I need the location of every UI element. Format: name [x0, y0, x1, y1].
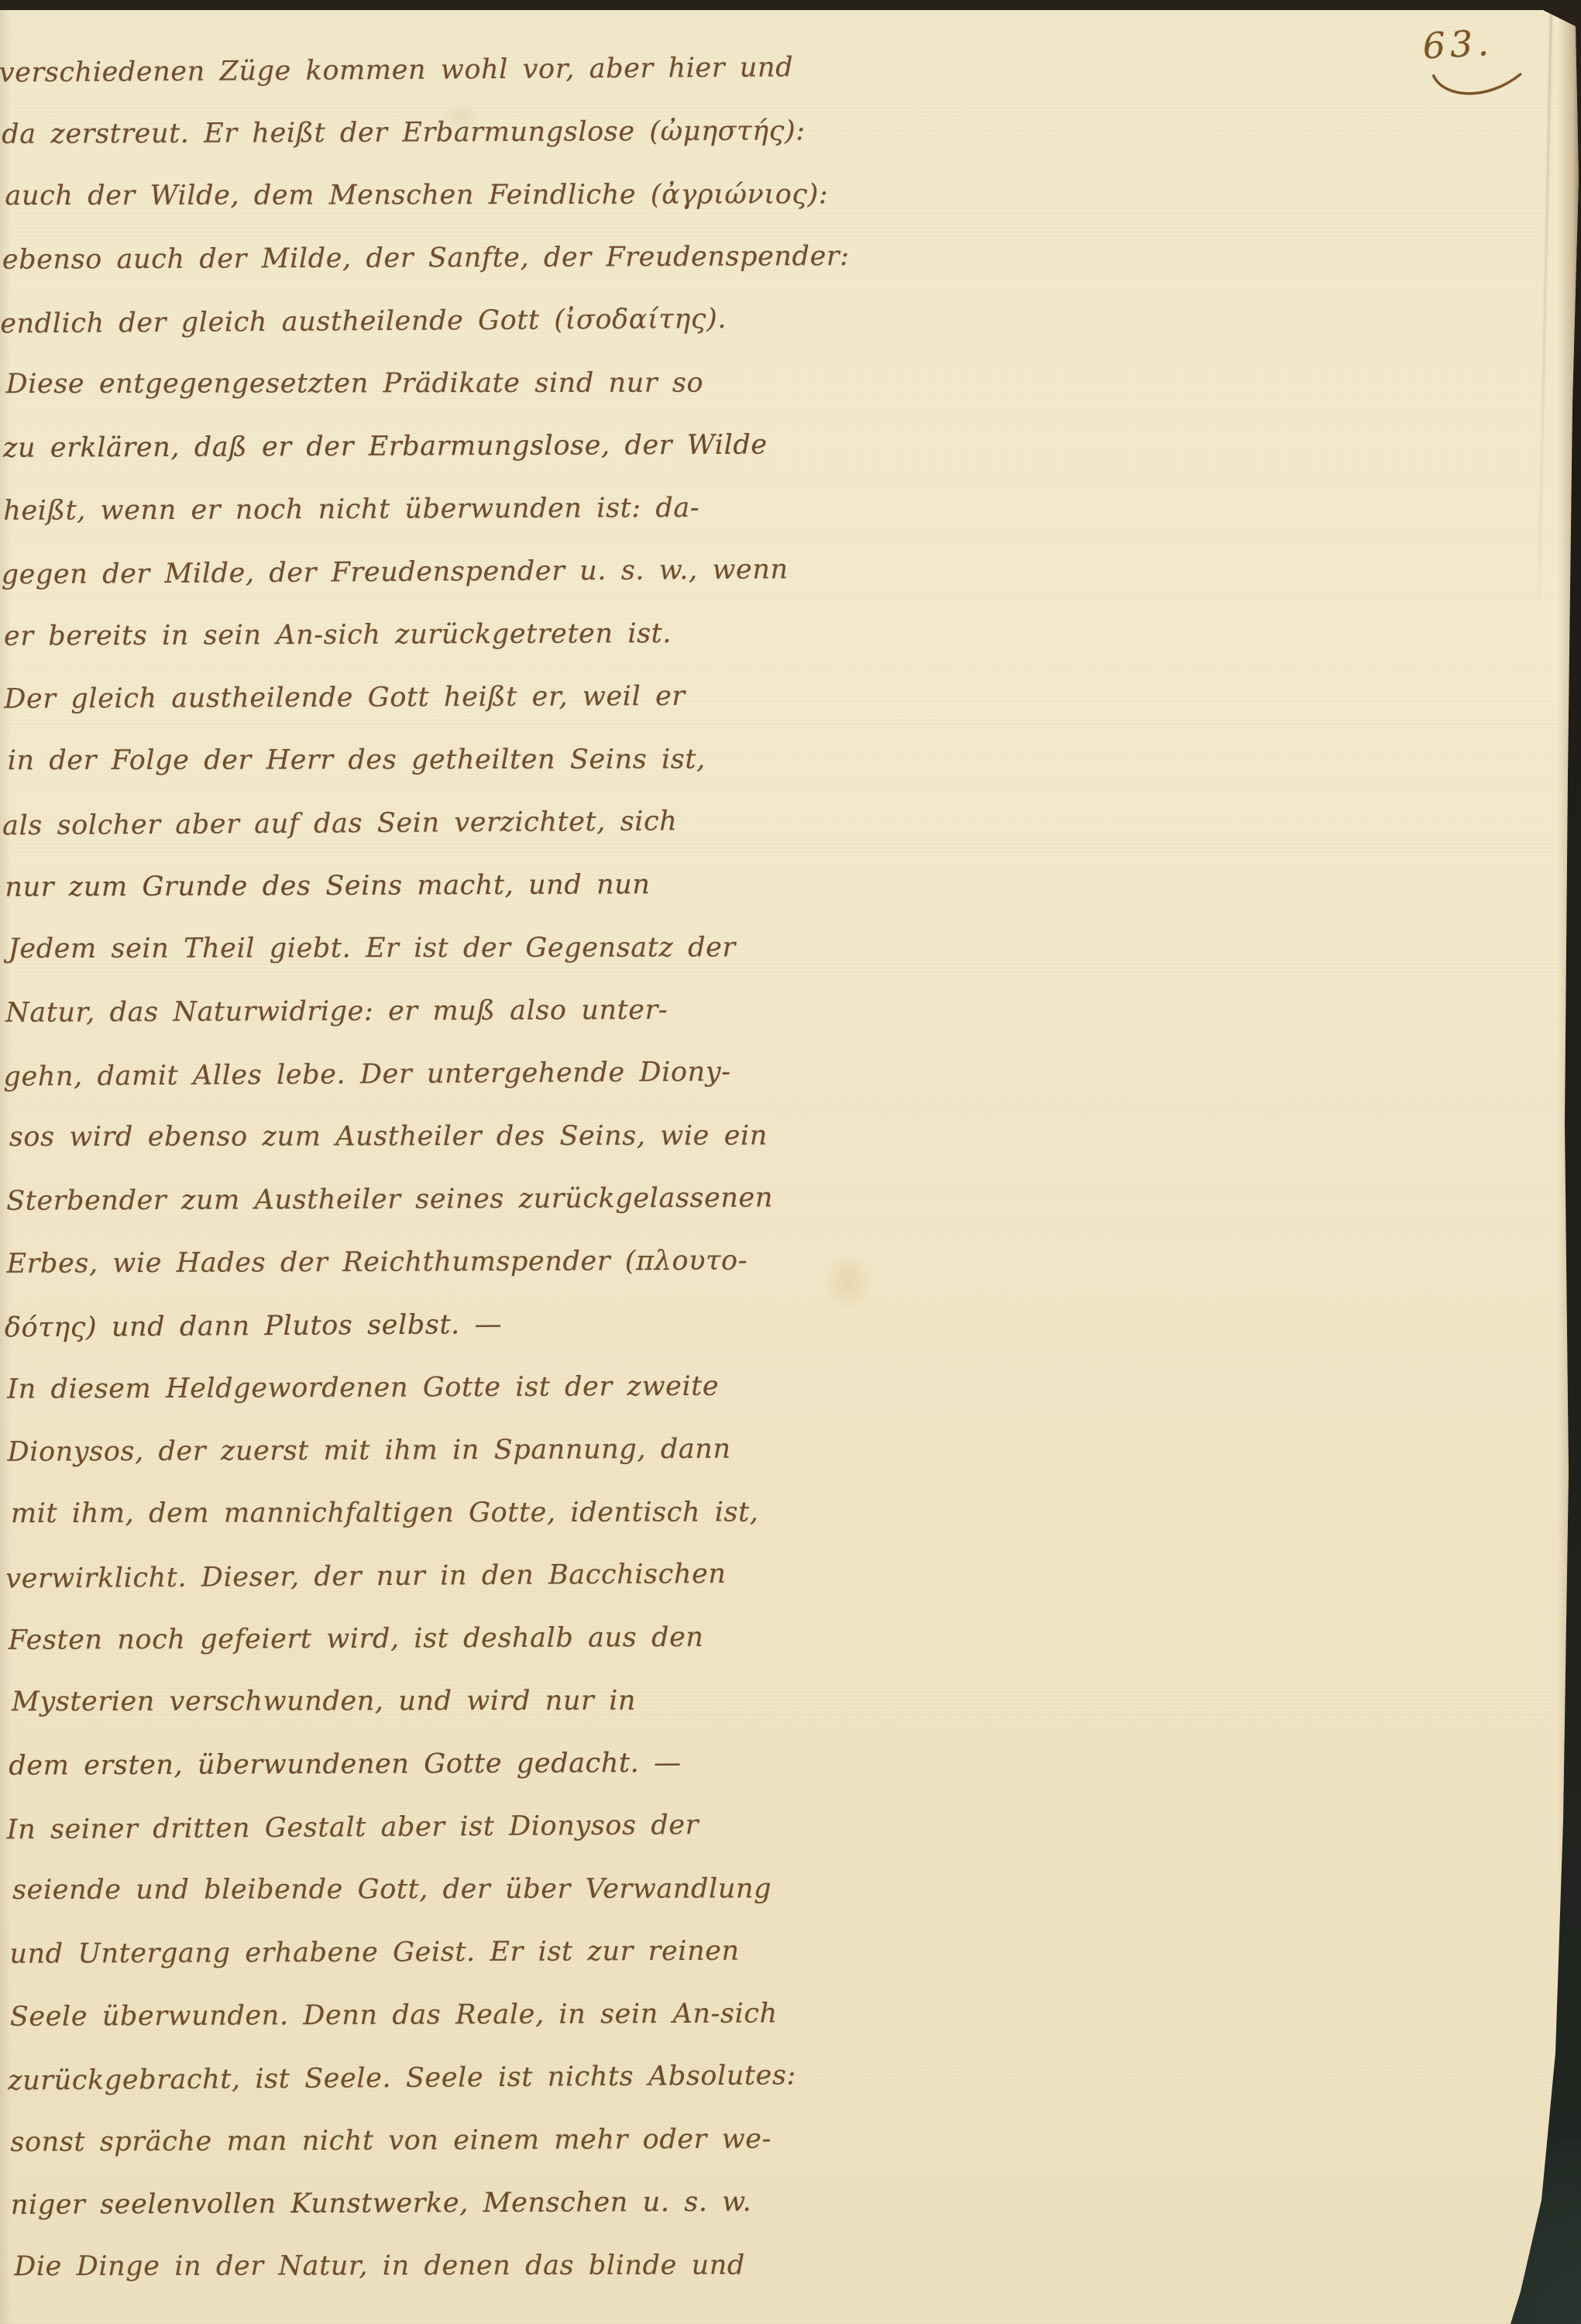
manuscript-line: Sterbender zum Austheiler seines zurückg…: [6, 1166, 982, 1232]
manuscript-line: Mysterien verschwunden, und wird nur in: [12, 1669, 985, 1734]
manuscript-line: nur zum Grunde des Seins macht, und nun: [5, 852, 981, 919]
page-number: 63.: [1421, 22, 1494, 67]
manuscript-line: endlich der gleich austheilende Gott (ἰσ…: [0, 287, 978, 356]
manuscript-line: sonst spräche man nicht von einem mehr o…: [10, 2107, 986, 2174]
manuscript-page: 63. verschiedenen Züge kommen wohl vor, …: [0, 0, 1581, 2324]
manuscript-line: δότης) und dann Plutos selbst. —: [5, 1291, 984, 1360]
manuscript-line: Festen noch gefeiert wird, ist deshalb a…: [8, 1605, 984, 1672]
manuscript-line: Diese entgegengesetzten Prädikate sind n…: [6, 352, 979, 416]
manuscript-line: sos wird ebenso zum Austheiler des Seins…: [9, 1105, 982, 1169]
manuscript-line: Der gleich austheilende Gott heißt er, w…: [4, 664, 980, 731]
manuscript-line: ebenso auch der Milde, der Sanfte, der F…: [2, 225, 978, 291]
manuscript-line: In diesem Heldgewordenen Gotte ist der z…: [7, 1354, 983, 1421]
manuscript-photo: 63. verschiedenen Züge kommen wohl vor, …: [0, 0, 1581, 2324]
manuscript-line: Natur, das Naturwidrige: er muß also unt…: [5, 978, 981, 1044]
manuscript-line: gegen der Milde, der Freudenspender u. s…: [1, 538, 980, 607]
manuscript-line: zurückgebracht, ist Seele. Seele ist nic…: [8, 2044, 987, 2113]
manuscript-line: in der Folge der Herr des getheilten Sei…: [8, 728, 981, 792]
manuscript-line: auch der Wilde, dem Menschen Feindliche …: [5, 163, 978, 228]
page-number-block: 63.: [1421, 19, 1558, 111]
manuscript-line: als solcher aber auf das Sein verzichtet…: [2, 789, 981, 858]
manuscript-line: mit ihm, dem mannichfaltigen Gotte, iden…: [11, 1481, 984, 1545]
manuscript-line: und Untergang erhabene Geist. Er ist zur…: [9, 1919, 985, 1985]
manuscript-line: verwirklicht. Dieser, der nur in den Bac…: [5, 1542, 985, 1611]
manuscript-line: Seele überwunden. Denn das Reale, in sei…: [10, 1982, 986, 2048]
page-number-flourish-icon: [1425, 59, 1544, 105]
manuscript-line: verschiedenen Züge kommen wohl vor, aber…: [0, 36, 978, 105]
manuscript-line: er bereits in sein An-sich zurückgetrete…: [4, 601, 980, 668]
manuscript-line: Dionysos, der zuerst mit ihm in Spannung…: [7, 1417, 983, 1483]
manuscript-text: verschiedenen Züge kommen wohl vor, aber…: [2, 36, 988, 2299]
manuscript-line: gehn, damit Alles lebe. Der untergehende…: [3, 1040, 982, 1109]
manuscript-line: seiende und bleibende Gott, der über Ver…: [12, 1858, 985, 1922]
manuscript-line: Erbes, wie Hades der Reichthumspender (π…: [6, 1229, 982, 1295]
manuscript-line: niger seelenvollen Kunstwerke, Menschen …: [11, 2170, 987, 2236]
manuscript-line: dem ersten, überwundenen Gotte gedacht. …: [9, 1731, 985, 1797]
manuscript-line: Jedem sein Theil giebt. Er ist der Gegen…: [9, 916, 981, 981]
manuscript-line: heißt, wenn er noch nicht überwunden ist…: [3, 476, 979, 542]
manuscript-line: zu erklären, daß er der Erbarmungslose, …: [3, 413, 979, 480]
manuscript-line: Die Dinge in der Natur, in denen das bli…: [14, 2234, 987, 2298]
manuscript-line: da zerstreut. Er heißt der Erbarmungslos…: [2, 99, 978, 166]
manuscript-line: In seiner dritten Gestalt aber ist Diony…: [6, 1793, 985, 1862]
